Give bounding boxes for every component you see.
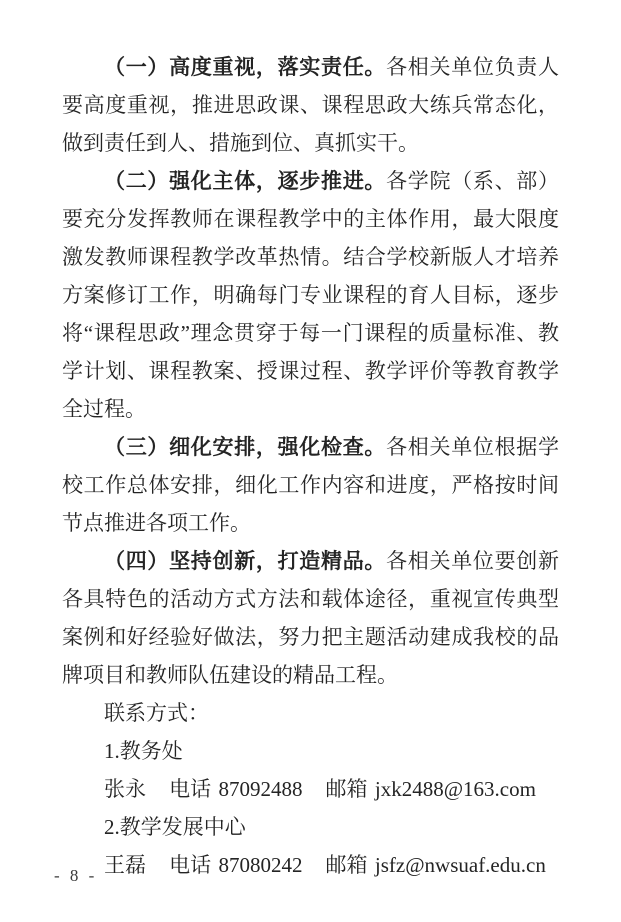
contact-person-2: 王磊 [104,853,146,877]
paragraph-4: （四）坚持创新，打造精品。各相关单位要创新各具特色的活动方式方法和载体途径，重视… [62,542,559,694]
paragraph-2: （二）强化主体，逐步推进。各学院（系、部）要充分发挥教师在课程教学中的主体作用，… [62,162,559,428]
document-page: （一）高度重视，落实责任。各相关单位负责人要高度重视，推进思政课、课程思政大练兵… [0,0,621,922]
page-number: - 8 - [54,866,97,886]
paragraph-3: （三）细化安排，强化检查。各相关单位根据学校工作总体安排，细化工作内容和进度，严… [62,428,559,542]
paragraph-2-lead: （二）强化主体，逐步推进。 [104,169,386,193]
document-body: （一）高度重视，落实责任。各相关单位负责人要高度重视，推进思政课、课程思政大练兵… [62,48,559,884]
paragraph-3-lead: （三）细化安排，强化检查。 [104,435,386,459]
email-label-2: 邮箱 [326,853,368,877]
phone-label-2: 电话 [169,853,211,877]
contact-heading: 联系方式： [62,694,559,732]
phone-label-1: 电话 [169,777,211,801]
contact-line-1: 张永电话87092488邮箱jxk2488@163.com [62,770,559,808]
contact-line-2: 王磊电话87080242邮箱jsfz@nwsuaf.edu.cn [62,846,559,884]
phone-number-1: 87092488 [218,777,302,801]
paragraph-4-lead: （四）坚持创新，打造精品。 [104,549,386,573]
contact-dept-2: 2.教学发展中心 [62,808,559,846]
email-address-1: jxk2488@163.com [375,777,536,801]
contact-person-1: 张永 [104,777,146,801]
contact-dept-1: 1.教务处 [62,732,559,770]
email-address-2: jsfz@nwsuaf.edu.cn [375,853,546,877]
paragraph-1: （一）高度重视，落实责任。各相关单位负责人要高度重视，推进思政课、课程思政大练兵… [62,48,559,162]
email-label-1: 邮箱 [326,777,368,801]
phone-number-2: 87080242 [218,853,302,877]
paragraph-1-lead: （一）高度重视，落实责任。 [104,55,386,79]
paragraph-2-text: 各学院（系、部）要充分发挥教师在课程教学中的主体作用，最大限度激发教师课程教学改… [62,169,559,421]
